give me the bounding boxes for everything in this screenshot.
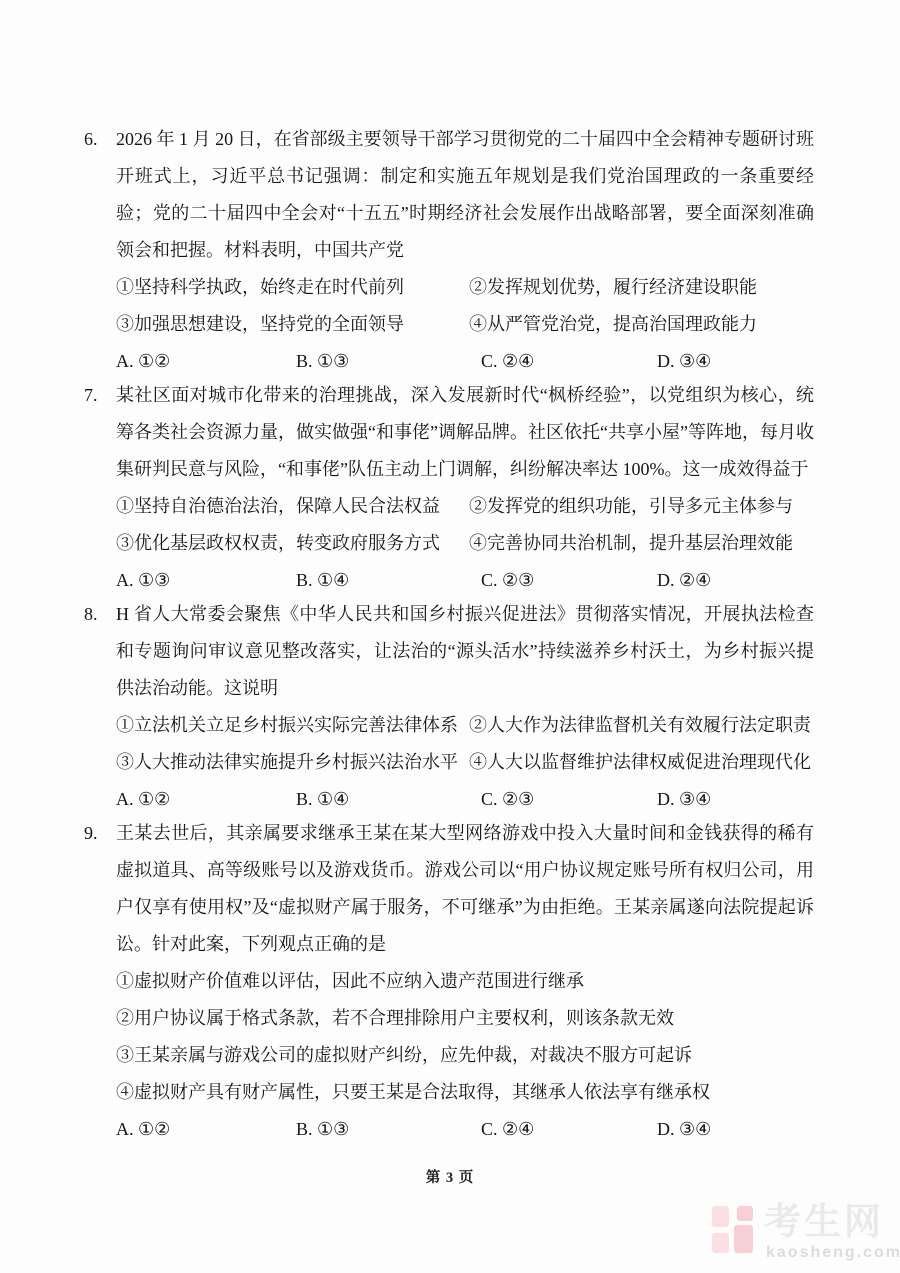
- logo-block: [737, 1206, 753, 1221]
- choice-b: B. ①③: [296, 1111, 481, 1148]
- choice-d: D. ③④: [657, 343, 814, 380]
- choice-d: D. ③④: [657, 1111, 814, 1148]
- choice-a: A. ①②: [116, 1111, 296, 1148]
- choice-a: A. ①②: [116, 781, 296, 818]
- kaosheng-logo-icon: [712, 1206, 757, 1256]
- choice-a: A. ①②: [116, 343, 296, 380]
- option-3: ③王某亲属与游戏公司的虚拟财产纠纷，应先仲裁，对裁决不服方可起诉: [116, 1037, 814, 1074]
- choice-row: A. ①② B. ①③ C. ②④ D. ③④: [116, 343, 814, 380]
- logo-block: [712, 1233, 729, 1253]
- option-4: ④人大以监督维护法律权威促进治理现代化: [469, 744, 814, 781]
- question-number: 9.: [84, 815, 98, 852]
- choice-b: B. ①④: [296, 781, 481, 818]
- logo-block: [712, 1206, 729, 1227]
- question-8: 8. H 省人大常委会聚焦《中华人民共和国乡村振兴促进法》贯彻落实情况，开展执法…: [84, 596, 814, 818]
- choice-b: B. ①③: [296, 343, 481, 380]
- question-stem: 2026 年 1 月 20 日，在省部级主要领导干部学习贯彻党的二十届四中全会精…: [116, 121, 814, 269]
- kaosheng-watermark: 考生网 kaosheng.com: [712, 1206, 887, 1268]
- watermark-site-domain: kaosheng.com: [766, 1244, 900, 1262]
- option-4: ④完善协同共治机制，提升基层治理效能: [469, 525, 814, 562]
- option-1: ①立法机关立足乡村振兴实际完善法律体系: [116, 707, 469, 744]
- choice-row: A. ①② B. ①③ C. ②④ D. ③④: [116, 1111, 814, 1148]
- option-list: ①坚持科学执政，始终走在时代前列 ②发挥规划优势，履行经济建设职能 ③加强思想建…: [116, 269, 814, 343]
- option-list: ①坚持自治德治法治，保障人民合法权益 ②发挥党的组织功能，引导多元主体参与 ③优…: [116, 488, 814, 562]
- question-9: 9. 王某去世后，其亲属要求继承王某在某大型网络游戏中投入大量时间和金钱获得的稀…: [84, 815, 814, 1148]
- choice-row: A. ①③ B. ①④ C. ②③ D. ②④: [116, 562, 814, 599]
- option-4: ④虚拟财产具有财产属性，只要王某是合法取得，其继承人依法享有继承权: [116, 1074, 814, 1111]
- choice-row: A. ①② B. ①④ C. ②③ D. ③④: [116, 781, 814, 818]
- option-4: ④从严管党治党，提高治国理政能力: [469, 306, 814, 343]
- questions-area: 6. 2026 年 1 月 20 日，在省部级主要领导干部学习贯彻党的二十届四中…: [84, 121, 814, 1145]
- question-number: 6.: [84, 121, 98, 158]
- page-number: 第 3 页: [0, 1166, 900, 1187]
- option-2: ②人大作为法律监督机关有效履行法定职责: [469, 707, 814, 744]
- option-list: ①立法机关立足乡村振兴实际完善法律体系 ②人大作为法律监督机关有效履行法定职责 …: [116, 707, 814, 781]
- option-3: ③人大推动法律实施提升乡村振兴法治水平: [116, 744, 469, 781]
- question-6: 6. 2026 年 1 月 20 日，在省部级主要领导干部学习贯彻党的二十届四中…: [84, 121, 814, 380]
- choice-c: C. ②③: [481, 781, 657, 818]
- exam-page: { "page": { "footer_text": "第 3 页" }, "w…: [0, 0, 900, 1273]
- choice-d: D. ②④: [657, 562, 814, 599]
- option-1: ①坚持自治德治法治，保障人民合法权益: [116, 488, 469, 525]
- logo-block: [734, 1225, 753, 1253]
- option-list: ①虚拟财产价值难以评估，因此不应纳入遗产范围进行继承 ②用户协议属于格式条款，若…: [116, 963, 814, 1111]
- watermark-site-name: 考生网: [764, 1200, 884, 1244]
- choice-a: A. ①③: [116, 562, 296, 599]
- option-1: ①坚持科学执政，始终走在时代前列: [116, 269, 469, 306]
- choice-d: D. ③④: [657, 781, 814, 818]
- choice-c: C. ②③: [481, 562, 657, 599]
- question-stem: 王某去世后，其亲属要求继承王某在某大型网络游戏中投入大量时间和金钱获得的稀有虚拟…: [116, 815, 814, 963]
- question-number: 8.: [84, 596, 98, 633]
- option-3: ③优化基层政权权责，转变政府服务方式: [116, 525, 469, 562]
- question-number: 7.: [84, 377, 98, 414]
- option-1: ①虚拟财产价值难以评估，因此不应纳入遗产范围进行继承: [116, 963, 814, 1000]
- choice-c: C. ②④: [481, 343, 657, 380]
- question-stem: 某社区面对城市化带来的治理挑战，深入发展新时代“枫桥经验”，以党组织为核心，统筹…: [116, 377, 814, 488]
- choice-b: B. ①④: [296, 562, 481, 599]
- option-2: ②发挥规划优势，履行经济建设职能: [469, 269, 814, 306]
- question-7: 7. 某社区面对城市化带来的治理挑战，深入发展新时代“枫桥经验”，以党组织为核心…: [84, 377, 814, 599]
- option-2: ②用户协议属于格式条款，若不合理排除用户主要权利，则该条款无效: [116, 1000, 814, 1037]
- option-2: ②发挥党的组织功能，引导多元主体参与: [469, 488, 814, 525]
- option-3: ③加强思想建设，坚持党的全面领导: [116, 306, 469, 343]
- choice-c: C. ②④: [481, 1111, 657, 1148]
- question-stem: H 省人大常委会聚焦《中华人民共和国乡村振兴促进法》贯彻落实情况，开展执法检查和…: [116, 596, 814, 707]
